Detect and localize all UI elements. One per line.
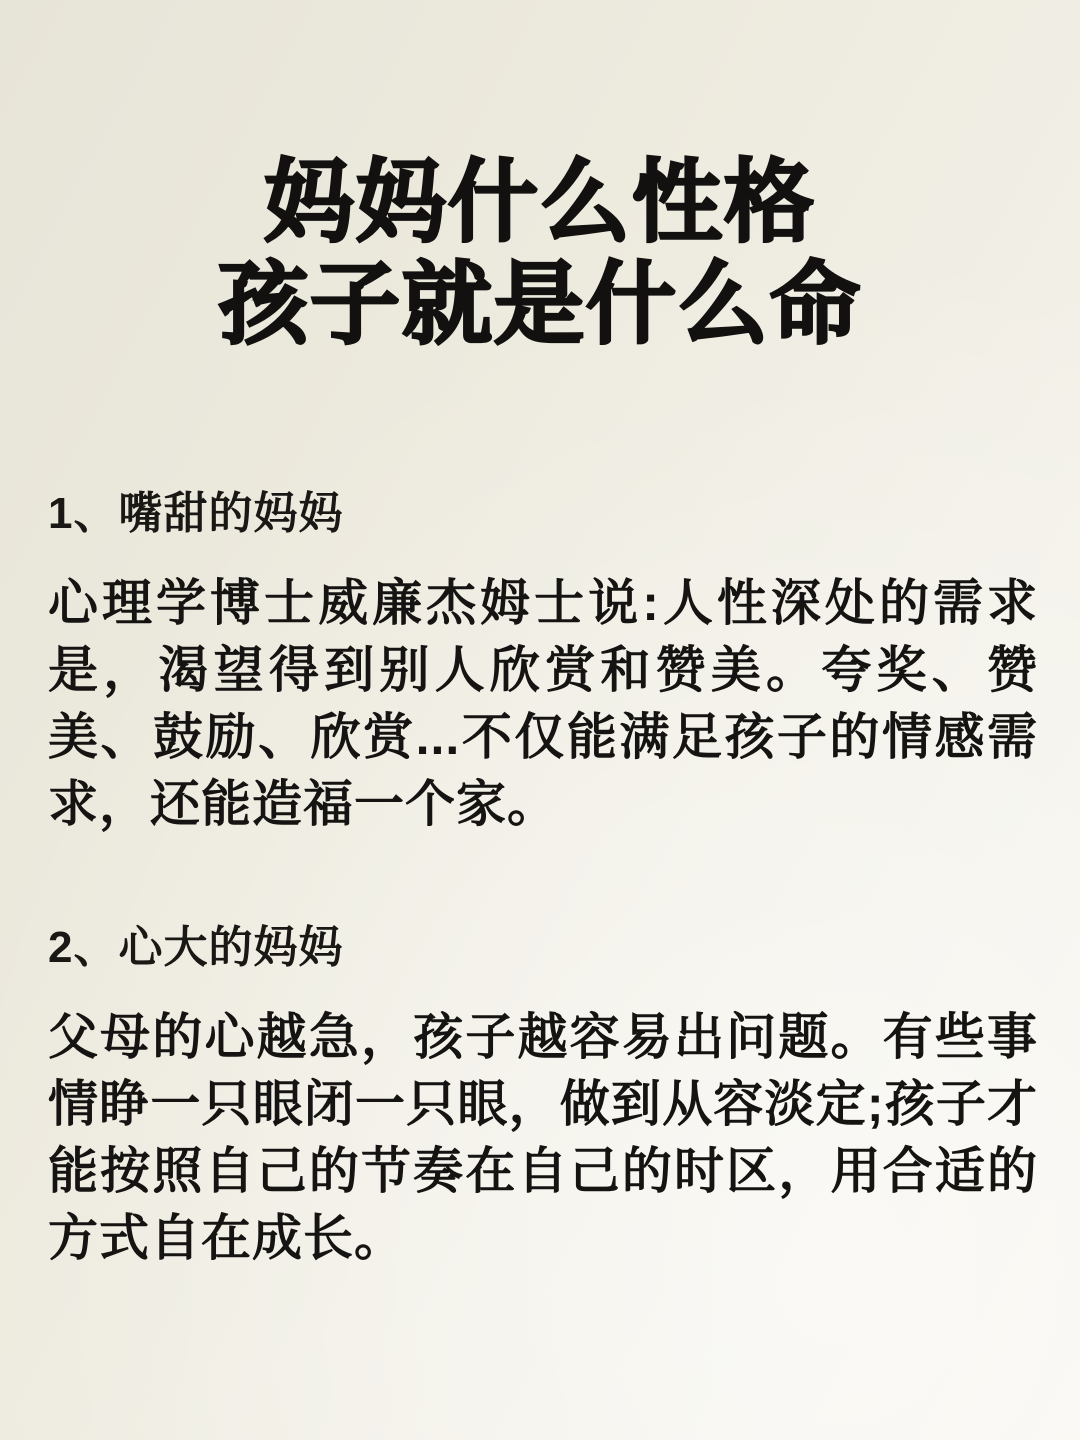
section-2-heading: 2、心大的妈妈 <box>48 922 1038 974</box>
section-1-body: 心理学博士威廉杰姆士说:人性深处的需求是，渴望得到别人欣赏和赞美。夸奖、赞美、鼓… <box>48 570 1038 838</box>
section-1-heading: 1、嘴甜的妈妈 <box>48 488 1038 540</box>
section-2-body: 父母的心越急，孩子越容易出问题。有些事情睁一只眼闭一只眼，做到从容淡定;孩子才能… <box>48 1004 1038 1272</box>
poster-title-line-1: 妈妈什么性格 <box>0 152 1080 254</box>
section-easygoing-mother: 2、心大的妈妈 父母的心越急，孩子越容易出问题。有些事情睁一只眼闭一只眼，做到从… <box>48 922 1038 1272</box>
section-sweet-talking-mother: 1、嘴甜的妈妈 心理学博士威廉杰姆士说:人性深处的需求是，渴望得到别人欣赏和赞美… <box>48 488 1038 838</box>
poster-card: 妈妈什么性格 孩子就是什么命 1、嘴甜的妈妈 心理学博士威廉杰姆士说:人性深处的… <box>0 0 1080 1440</box>
poster-title-line-2: 孩子就是什么命 <box>0 254 1080 356</box>
poster-title: 妈妈什么性格 孩子就是什么命 <box>0 152 1080 356</box>
